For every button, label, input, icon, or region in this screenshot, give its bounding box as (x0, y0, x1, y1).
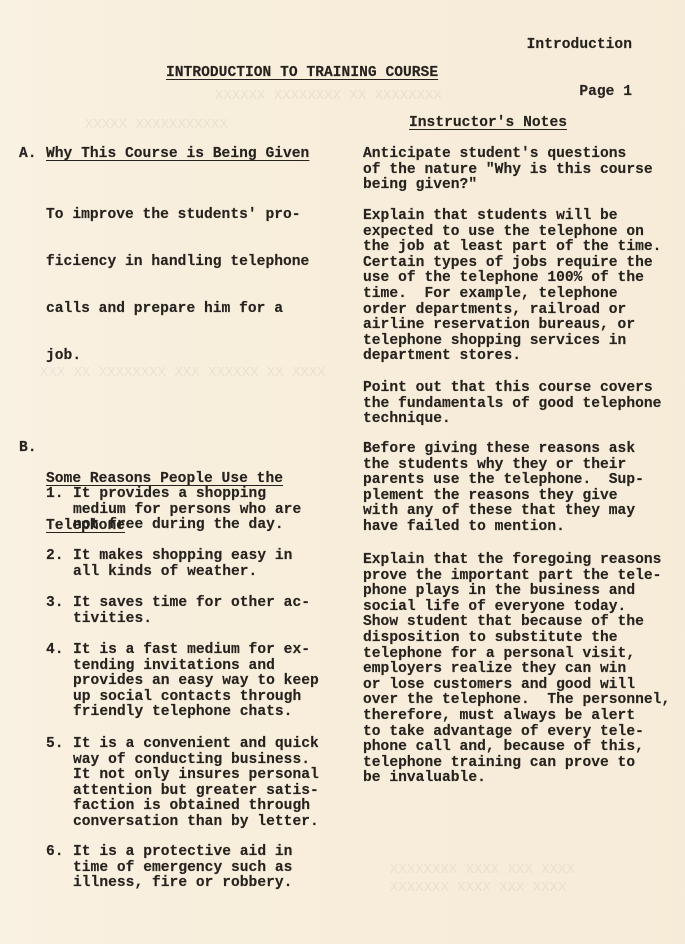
reason-item: It saves time for other ac-tivities. (73, 596, 310, 627)
reason-item: It provides a shoppingmedium for persons… (73, 487, 301, 534)
note-paragraph: Before giving these reasons askthe stude… (363, 442, 644, 536)
note-paragraph: Point out that this course coversthe fun… (363, 381, 661, 428)
reason-number: 5. (46, 737, 64, 753)
section-a-body: To improve the students' pro- ficiency i… (46, 177, 309, 380)
section-a-heading: Why This Course is Being Given (46, 147, 309, 163)
section-a-label: A. (19, 147, 37, 163)
section-b-label: B. (19, 441, 37, 457)
reason-number: 1. (46, 487, 64, 503)
page-header: Introduction Page 1 (527, 7, 632, 116)
reason-item: It is a fast medium for ex-tending invit… (73, 643, 319, 721)
reason-item: It is a protective aid intime of emergen… (73, 845, 292, 892)
reason-item: It makes shopping easy inall kinds of we… (73, 549, 292, 580)
page-number: Page 1 (527, 85, 632, 101)
document-title: INTRODUCTION TO TRAINING COURSE (166, 66, 438, 82)
section-name: Introduction (527, 38, 632, 54)
note-paragraph: Explain that students will beexpected to… (363, 209, 661, 365)
reason-number: 6. (46, 845, 64, 861)
instructor-notes-heading: Instructor's Notes (409, 116, 567, 132)
reason-item: It is a convenient and quickway of condu… (73, 737, 319, 831)
reason-number: 4. (46, 643, 64, 659)
note-paragraph: Explain that the foregoing reasonsprove … (363, 553, 670, 787)
note-paragraph: Anticipate student's questionsof the nat… (363, 147, 653, 194)
reason-number: 2. (46, 549, 64, 565)
reason-number: 3. (46, 596, 64, 612)
